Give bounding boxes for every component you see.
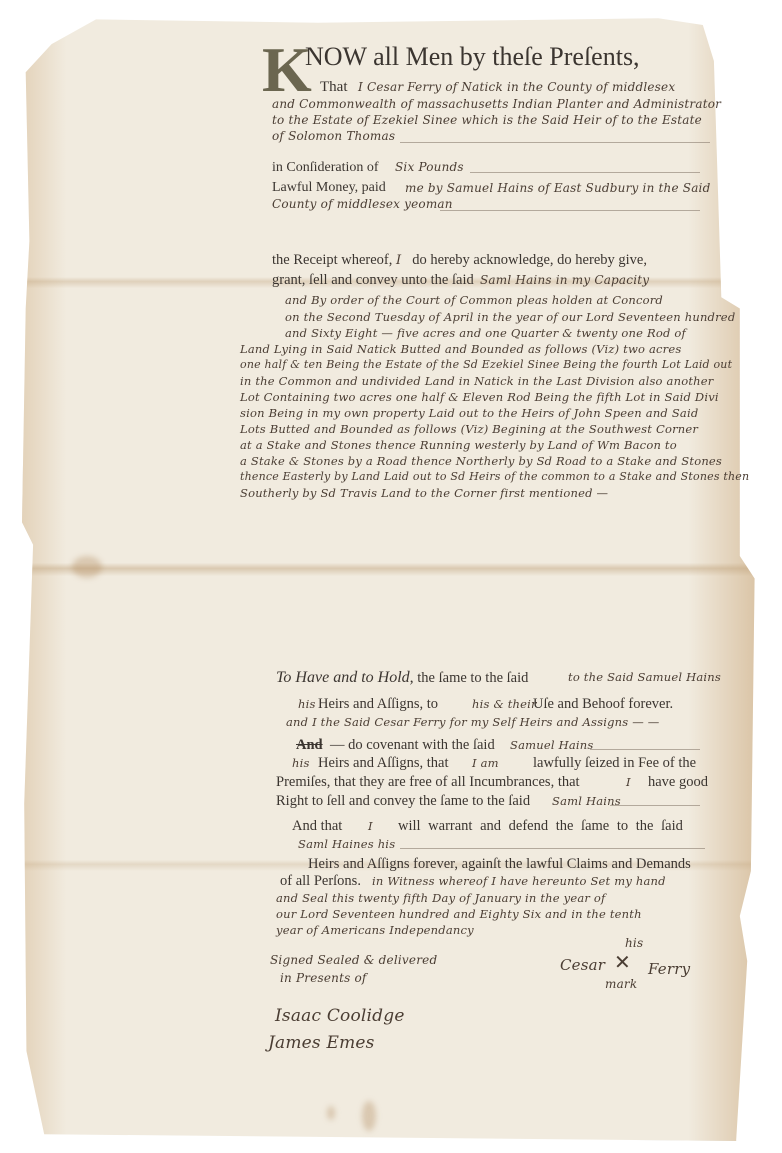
grantee-name: Saml Haines his bbox=[298, 837, 395, 851]
hand-insert: I bbox=[396, 253, 401, 268]
water-stain bbox=[72, 556, 102, 578]
printed-text: the ſame to the ſaid bbox=[417, 670, 528, 686]
printed-text: do hereby acknowledge, do hereby give, bbox=[412, 252, 647, 268]
hand-line: and I the Said Cesar Ferry for my Self H… bbox=[286, 715, 660, 729]
fill-line bbox=[470, 172, 700, 173]
hand-insert: his & their bbox=[472, 697, 537, 711]
description-line: thence Easterly by Land Laid out to Sd H… bbox=[240, 470, 749, 483]
printed-text: Premiſes, that they are free of all Incu… bbox=[276, 774, 580, 791]
printed-consideration: in Conſideration of bbox=[272, 160, 379, 176]
printed-text: — do covenant with the ſaid bbox=[330, 737, 495, 754]
description-line: in the Common and undivided Land in Nati… bbox=[240, 374, 713, 388]
grantor-line: to the Estate of Ezekiel Sinee which is … bbox=[272, 113, 702, 127]
printed-text: will warrant and defend the ſame to the … bbox=[398, 818, 683, 835]
description-line: and By order of the Court of Common plea… bbox=[285, 293, 663, 307]
witness-signature: James Emes bbox=[268, 1033, 375, 1053]
printed-lawful-money: Lawful Money, paid bbox=[272, 180, 386, 196]
grantor-line: and Commonwealth of massachusetts Indian… bbox=[272, 97, 721, 111]
mark-x-icon: ✕ bbox=[614, 950, 631, 974]
printed-text: And that bbox=[292, 818, 342, 835]
hand-insert: I bbox=[368, 819, 373, 833]
printed-text: Uſe and Behoof forever. bbox=[533, 696, 673, 713]
printed-that: That bbox=[320, 79, 348, 96]
witness-clause-line: in Witness whereof I have hereunto Set m… bbox=[372, 874, 666, 888]
fill-line bbox=[610, 805, 700, 806]
printed-text: Right to ſell and convey the ſame to the… bbox=[276, 793, 530, 810]
printed-grant: grant, ſell and convey unto the ſaid bbox=[272, 272, 474, 289]
hand-insert: his bbox=[292, 756, 310, 770]
description-line: a Stake & Stones by a Road thence Northe… bbox=[240, 454, 722, 468]
water-stain bbox=[327, 1106, 335, 1120]
description-line: Land Lying in Said Natick Butted and Bou… bbox=[240, 342, 681, 356]
fill-line bbox=[440, 210, 700, 211]
struck-and: And bbox=[296, 737, 323, 754]
signature-mark-label: mark bbox=[605, 977, 637, 991]
witness-clause-line: year of Americans Independancy bbox=[276, 923, 474, 937]
printed-text: Heirs and Aſſigns forever, againſt the l… bbox=[308, 856, 691, 873]
printed-text: Heirs and Aſſigns, that bbox=[318, 755, 449, 772]
hand-insert: I am bbox=[472, 756, 499, 770]
printed-text: lawfully ſeized in Fee of the bbox=[533, 755, 696, 772]
grantor-line: of Solomon Thomas bbox=[272, 129, 395, 143]
description-line: and Sixty Eight — five acres and one Qua… bbox=[285, 326, 686, 340]
description-line: Lots Butted and Bounded as follows (Viz)… bbox=[240, 422, 698, 436]
payer-line: me by Samuel Hains of East Sudbury in th… bbox=[405, 181, 710, 195]
printed-text: have good bbox=[648, 774, 708, 791]
fill-line bbox=[400, 142, 710, 143]
description-line: at a Stake and Stones thence Running wes… bbox=[240, 438, 677, 452]
description-line: on the Second Tuesday of April in the ye… bbox=[285, 310, 735, 324]
witness-clause-line: our Lord Seventeen hundred and Eighty Si… bbox=[276, 907, 642, 921]
consideration-amount: Six Pounds bbox=[395, 160, 464, 174]
description-line: Lot Containing two acres one half & Elev… bbox=[240, 390, 719, 404]
witness-signature: Isaac Coolidge bbox=[275, 1006, 405, 1026]
deed-title: NOW all Men by theſe Preſents, bbox=[305, 42, 640, 72]
fill-line bbox=[590, 749, 700, 750]
attestation-label: Signed Sealed & delivered bbox=[270, 953, 437, 967]
printed-text: the Receipt whereof, bbox=[272, 252, 392, 268]
grantee-name: Saml Hains in my Capacity bbox=[480, 273, 649, 287]
description-line: one half & ten Being the Estate of the S… bbox=[240, 358, 732, 371]
signature-first-name: Cesar bbox=[560, 956, 605, 974]
printed-receipt: the Receipt whereof, I do hereby acknowl… bbox=[272, 252, 647, 269]
description-line: Southerly by Sd Travis Land to the Corne… bbox=[240, 486, 608, 500]
grantee-name: to the Said Samuel Hains bbox=[568, 670, 721, 684]
printed-text: Heirs and Aſſigns, to bbox=[318, 696, 438, 713]
printed-text: of all Perſons. bbox=[280, 873, 361, 890]
attestation-label: in Presents of bbox=[280, 971, 367, 985]
hand-insert: I bbox=[626, 775, 631, 789]
grantor-line: I Cesar Ferry of Natick in the County of… bbox=[358, 80, 675, 94]
signature-his: his bbox=[625, 936, 643, 950]
habendum-line: To Have and to Hold, the ſame to the ſai… bbox=[276, 669, 528, 687]
water-stain bbox=[362, 1101, 376, 1131]
fill-line bbox=[400, 848, 705, 849]
covenantee-name: Samuel Hains bbox=[510, 738, 593, 752]
description-line: sion Being in my own property Laid out t… bbox=[240, 406, 698, 420]
signature-last-name: Ferry bbox=[648, 960, 690, 978]
payer-line: County of middlesex yeoman bbox=[272, 197, 453, 211]
printed-text: To Have and to Hold, bbox=[276, 669, 414, 686]
witness-clause-line: and Seal this twenty fifth Day of Januar… bbox=[276, 891, 606, 905]
hand-insert: his bbox=[298, 697, 316, 711]
